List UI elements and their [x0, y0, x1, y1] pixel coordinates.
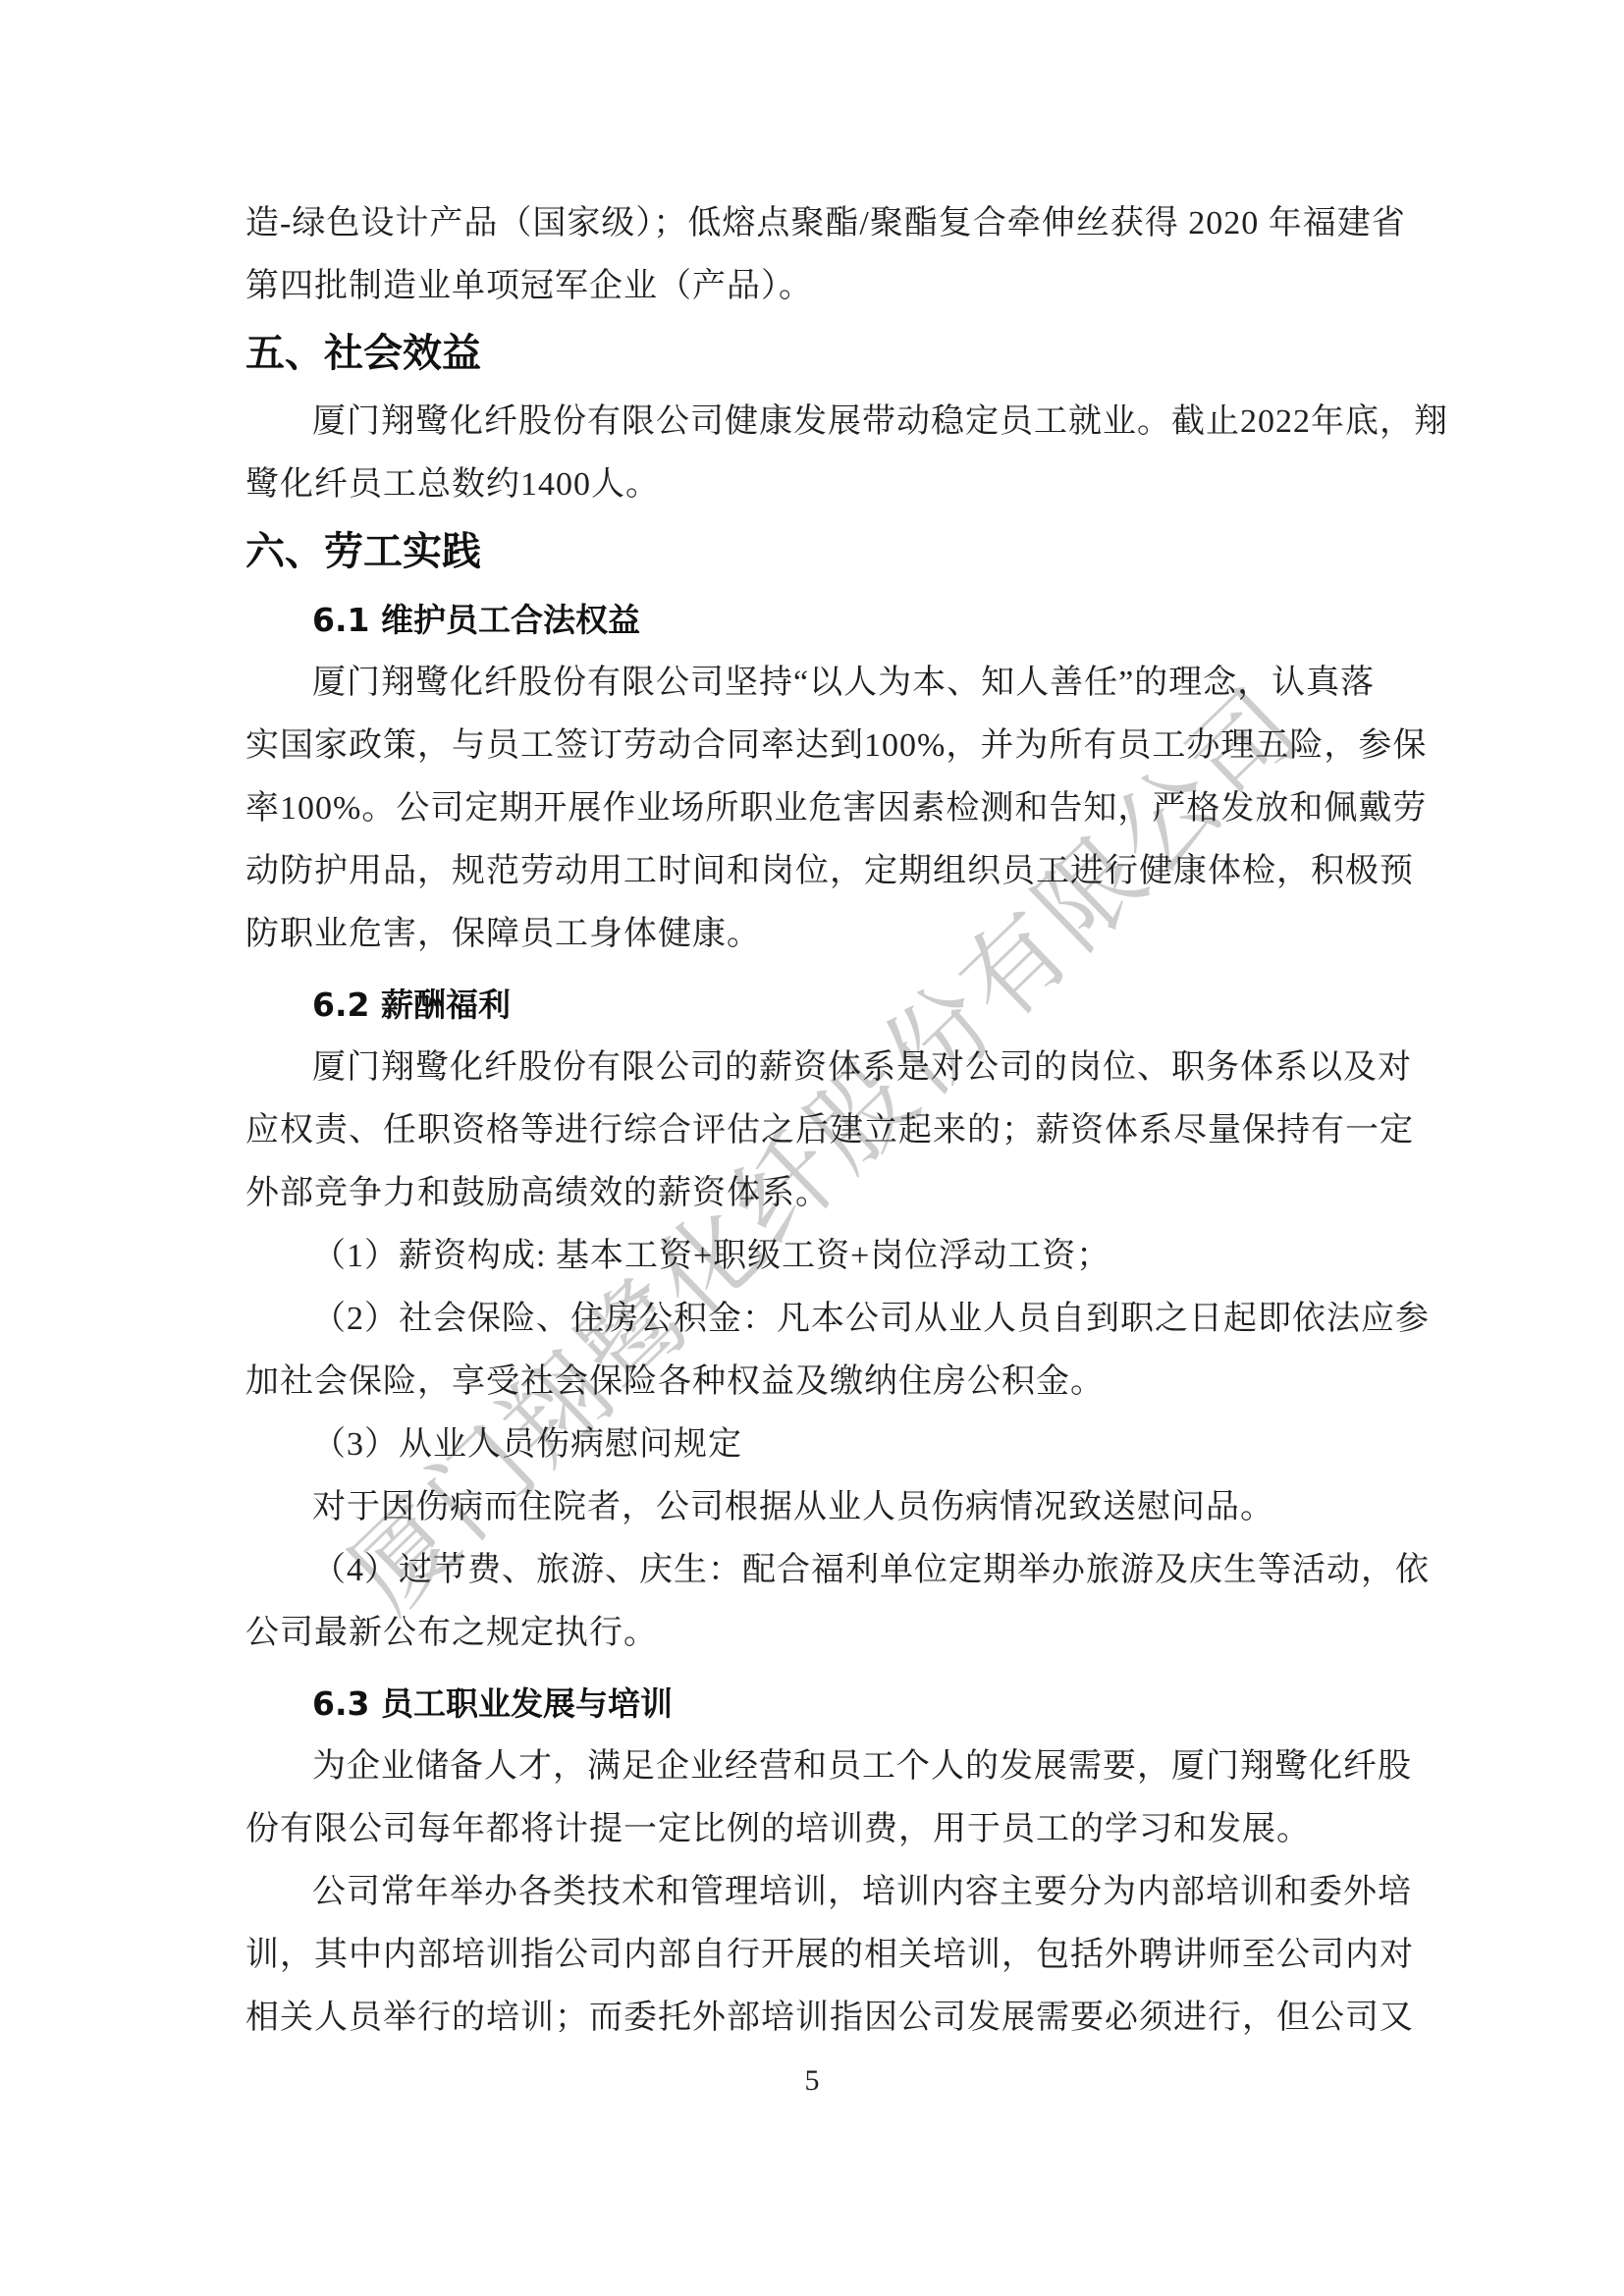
subsection-heading-6-3: 6.3 员工职业发展与培训: [312, 1673, 1379, 1735]
paragraph-line: 厦门翔鹭化纤股份有限公司坚持“以人为本、知人善任”的理念，认真落: [245, 652, 1379, 715]
paragraph-line: 公司常年举办各类技术和管理培训，培训内容主要分为内部培训和委外培: [245, 1861, 1379, 1924]
paragraph-line: 相关人员举行的培训；而委托外部培训指因公司发展需要必须进行，但公司又: [245, 1987, 1379, 2050]
paragraph-line: 加社会保险，享受社会保险各种权益及缴纳住房公积金。: [245, 1351, 1379, 1414]
paragraph-line: 对于因伤病而住院者，公司根据从业人员伤病情况致送慰问品。: [245, 1476, 1379, 1539]
paragraph-line: 防职业危害，保障员工身体健康。: [245, 903, 1379, 966]
paragraph-line: 造-绿色设计产品（国家级）；低熔点聚酯/聚酯复合牵伸丝获得 2020 年福建省: [245, 192, 1379, 255]
list-item-line: （3）从业人员伤病慰问规定: [245, 1414, 1379, 1476]
paragraph-line: 应权责、任职资格等进行综合评估之后建立起来的；薪资体系尽量保持有一定: [245, 1099, 1379, 1162]
subsection-heading-6-2: 6.2 薪酬福利: [312, 974, 1379, 1037]
paragraph-line: 第四批制造业单项冠军企业（产品）。: [245, 255, 1379, 318]
paragraph-line: 厦门翔鹭化纤股份有限公司的薪资体系是对公司的岗位、职务体系以及对: [245, 1037, 1379, 1099]
section-heading-5: 五、社会效益: [245, 324, 1379, 383]
page-number: 5: [245, 2061, 1379, 2101]
section-heading-6: 六、劳工实践: [245, 522, 1379, 581]
paragraph-line: 外部竞争力和鼓励高绩效的薪资体系。: [245, 1162, 1379, 1225]
list-item-line: （1）薪资构成: 基本工资+职级工资+岗位浮动工资；: [245, 1225, 1379, 1288]
list-item-line: （4）过节费、旅游、庆生：配合福利单位定期举办旅游及庆生等活动，依: [245, 1539, 1379, 1602]
subsection-heading-6-1: 6.1 维护员工合法权益: [312, 589, 1379, 652]
paragraph-line: 份有限公司每年都将计提一定比例的培训费，用于员工的学习和发展。: [245, 1798, 1379, 1861]
page-content: 造-绿色设计产品（国家级）；低熔点聚酯/聚酯复合牵伸丝获得 2020 年福建省 …: [0, 0, 1624, 2101]
paragraph-line: 为企业储备人才，满足企业经营和员工个人的发展需要，厦门翔鹭化纤股: [245, 1735, 1379, 1798]
paragraph-line: 厦门翔鹭化纤股份有限公司健康发展带动稳定员工就业。截止2022年底，翔: [245, 391, 1379, 454]
paragraph-line: 动防护用品，规范劳动用工时间和岗位，定期组织员工进行健康体检，积极预: [245, 840, 1379, 903]
paragraph-line: 鹭化纤员工总数约1400人。: [245, 454, 1379, 516]
paragraph-line: 训，其中内部培训指公司内部自行开展的相关培训，包括外聘讲师至公司内对: [245, 1924, 1379, 1987]
document-page: 厦门翔鹭化纤股份有限公司 造-绿色设计产品（国家级）；低熔点聚酯/聚酯复合牵伸丝…: [0, 0, 1624, 2296]
paragraph-line: 公司最新公布之规定执行。: [245, 1602, 1379, 1665]
paragraph-line: 率100%。公司定期开展作业场所职业危害因素检测和告知，严格发放和佩戴劳: [245, 777, 1379, 840]
list-item-line: （2）社会保险、住房公积金：凡本公司从业人员自到职之日起即依法应参: [245, 1288, 1379, 1351]
paragraph-line: 实国家政策，与员工签订劳动合同率达到100%，并为所有员工办理五险，参保: [245, 715, 1379, 777]
